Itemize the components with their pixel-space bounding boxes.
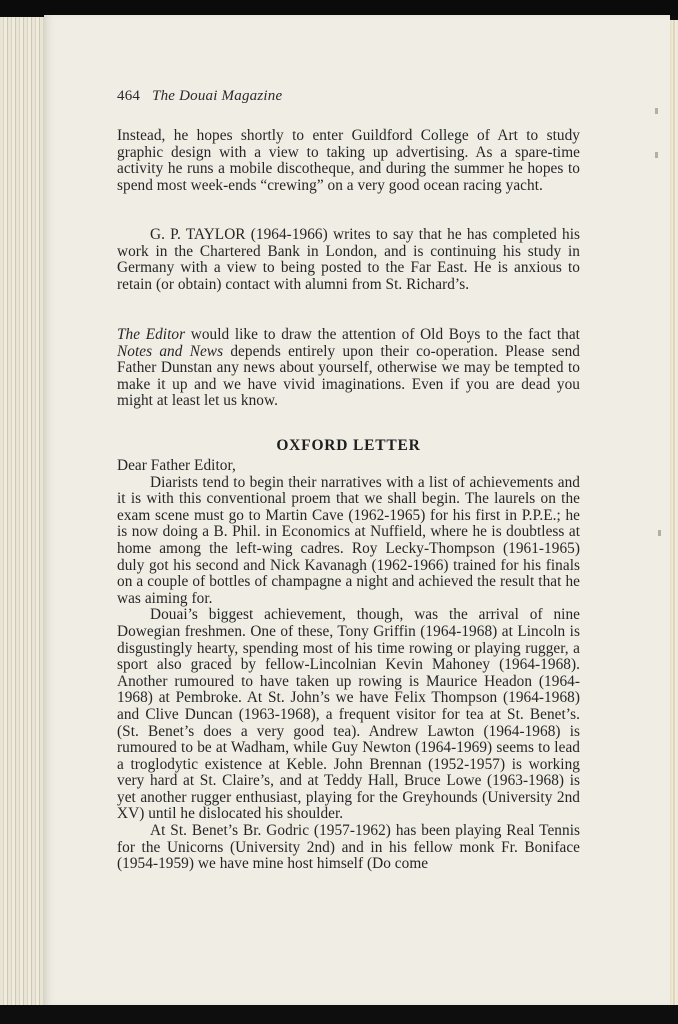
facing-page-edge [670,20,678,1005]
margin-speck [655,108,658,114]
salutation: Dear Father Editor, [117,458,580,475]
taylor-note: G. P. TAYLOR (1964-1966) writes to say t… [117,227,580,293]
section-heading: OXFORD LETTER [117,437,580,455]
italic-text: Notes and News [117,343,223,360]
paragraph: Douai’s biggest achievement, though, was… [117,607,580,823]
margin-speck [655,152,658,158]
paragraph: Instead, he hopes shortly to enter Guild… [117,128,580,194]
italic-text: The Editor [117,326,185,343]
notes-section: Instead, he hopes shortly to enter Guild… [117,128,580,194]
paragraph: Diarists tend to begin their narratives … [117,475,580,608]
publication-title: The Douai Magazine [152,88,282,104]
paragraph: G. P. TAYLOR (1964-1966) writes to say t… [117,227,580,293]
scan-top-border [0,0,678,16]
scan-bottom-border [0,1005,678,1024]
page-stack-edge [0,17,48,1005]
paragraph: At St. Benet’s Br. Godric (1957-1962) ha… [117,823,580,873]
oxford-letter-body: Dear Father Editor, Diarists tend to beg… [117,458,580,873]
margin-speck [658,530,661,536]
running-head: 464 The Douai Magazine [117,88,282,105]
page-number: 464 [117,88,140,104]
paragraph: The Editor would like to draw the attent… [117,327,580,410]
editor-note: The Editor would like to draw the attent… [117,327,580,410]
